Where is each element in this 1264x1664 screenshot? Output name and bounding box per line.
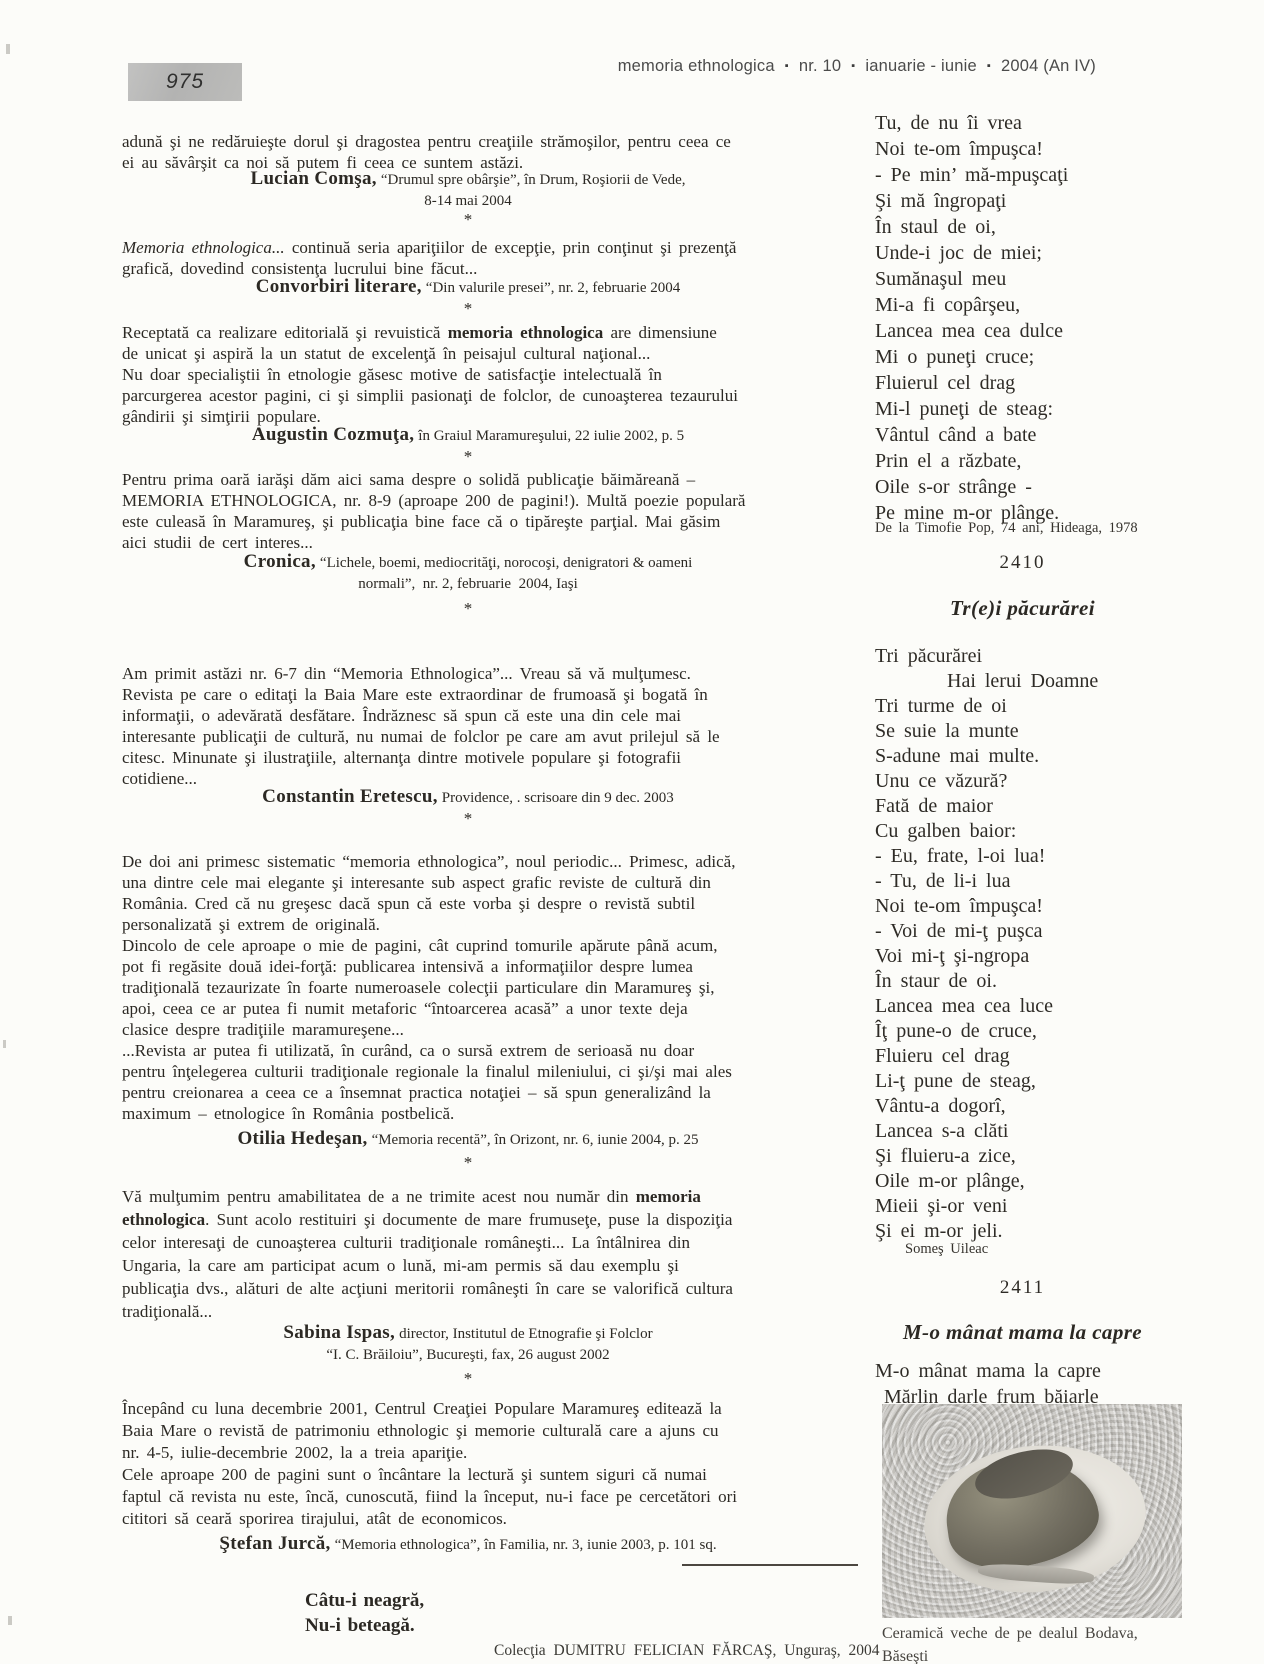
- source-reference: “Memoria recentă”, în Orizont, nr. 6, iu…: [372, 1132, 699, 1148]
- author-name: Augustin Cozmuţa,: [252, 424, 414, 445]
- attribution: Constantin Eretescu, Providence, . scris…: [122, 786, 814, 808]
- attribution: Augustin Cozmuţa, în Graiul Maramureşulu…: [122, 424, 814, 446]
- journal-page: 975 memoria ethnologica▪nr. 10▪ianuarie …: [0, 0, 1264, 1664]
- poem-2409-continuation: Tu, de nu îi vrea Noi te-om împuşca! - P…: [855, 110, 1190, 526]
- source-reference: “Drumul spre obârşie”, în Drum, Roşiorii…: [381, 172, 686, 188]
- attribution: Ştefan Jurcă, “Memoria ethnologica”, în …: [122, 1533, 814, 1555]
- attribution-line2: 8-14 mai 2004: [122, 192, 814, 210]
- review-paragraph: Pentru prima oară iarăşi dăm aici sama d…: [122, 470, 745, 552]
- author-name: Convorbiri literare,: [256, 276, 422, 297]
- review-paragraph: Vă mulţumim pentru amabilitatea de a ne …: [122, 1187, 636, 1206]
- author-name: Constantin Eretescu,: [262, 786, 438, 807]
- horizontal-rule: [682, 1564, 858, 1566]
- author-name: Otilia Hedeşan,: [237, 1128, 367, 1149]
- review-paragraph: Receptată ca realizare editorială şi rev…: [122, 323, 448, 342]
- source-reference: director, Institutul de Etnografie şi Fo…: [399, 1326, 653, 1342]
- author-name: Lucian Comşa,: [250, 168, 376, 189]
- scan-speck: [6, 44, 10, 54]
- source-reference: 8-14 mai 2004: [424, 193, 512, 209]
- review-paragraph: Începând cu luna decembrie 2001, Centrul…: [122, 1399, 737, 1528]
- poem-title-2410: Tr(e)i păcurărei: [855, 596, 1190, 621]
- star-separator: *: [122, 809, 814, 829]
- attribution: Sabina Ispas, director, Institutul de Et…: [122, 1322, 814, 1344]
- attribution: Otilia Hedeşan, “Memoria recentă”, în Or…: [122, 1128, 814, 1150]
- author-name: Cronica,: [244, 551, 316, 572]
- star-separator: *: [122, 447, 814, 467]
- review-paragraph: De doi ani primesc sistematic “memoria e…: [122, 852, 735, 1123]
- source-reference: în Graiul Maramureşului, 22 iulie 2002, …: [418, 428, 684, 444]
- author-name: Ştefan Jurcă,: [219, 1533, 330, 1554]
- attribution: Cronica, “Lichele, boemi, mediocrităţi, …: [122, 551, 814, 573]
- author-name: Sabina Ispas,: [283, 1322, 395, 1343]
- poem-title-2411: M-o mânat mama la capre: [855, 1320, 1190, 1345]
- review-text: Memoria ethnologica... continuă seria ap…: [122, 237, 814, 279]
- star-separator: *: [122, 299, 814, 319]
- entry-number-2411: 2411: [855, 1277, 1190, 1299]
- review-text: Începând cu luna decembrie 2001, Centrul…: [122, 1398, 814, 1530]
- journal-name-bold: memoria ethnologica: [448, 323, 604, 342]
- star-separator: *: [122, 1369, 814, 1389]
- source-reference: “Lichele, boemi, mediocrităţi, norocoşi,…: [320, 555, 692, 571]
- review-paragraph: . Sunt acolo restituiri şi documente de …: [122, 1210, 733, 1321]
- review-text: Am primit astăzi nr. 6-7 din “Memoria Et…: [122, 663, 814, 789]
- review-lead-italic: Memoria ethnologica...: [122, 238, 285, 257]
- source-reference: “I. C. Brăiloiu”, Bucureşti, fax, 26 aug…: [326, 1347, 609, 1363]
- collection-credit: Colecţia DUMITRU FELICIAN FĂRCAŞ, Ungura…: [494, 1642, 880, 1660]
- source-reference: “Memoria ethnologica”, în Familia, nr. 3…: [335, 1537, 717, 1553]
- scan-speck: [3, 1040, 6, 1048]
- review-text: Receptată ca realizare editorială şi rev…: [122, 322, 814, 427]
- attribution: Convorbiri literare, “Din valurile prese…: [122, 276, 814, 298]
- poems-column: Tu, de nu îi vrea Noi te-om împuşca! - P…: [855, 0, 1190, 1664]
- attribution-line2: “I. C. Brăiloiu”, Bucureşti, fax, 26 aug…: [122, 1346, 814, 1364]
- source-reference: Providence, . scrisoare din 9 dec. 2003: [442, 790, 674, 806]
- review-paragraph: Am primit astăzi nr. 6-7 din “Memoria Et…: [122, 664, 720, 788]
- closing-verse: Câtu-i neagră, Nu-i beteagă.: [305, 1588, 424, 1638]
- source-reference: “Din valurile presei”, nr. 2, februarie …: [426, 280, 681, 296]
- reviews-column: adună şi ne redăruieşte dorul şi dragost…: [122, 0, 814, 1664]
- review-paragraph: adună şi ne redăruieşte dorul şi dragost…: [122, 132, 731, 172]
- review-text: Pentru prima oară iarăşi dăm aici sama d…: [122, 469, 814, 553]
- review-text: Vă mulţumim pentru amabilitatea de a ne …: [122, 1185, 814, 1323]
- star-separator: *: [122, 210, 814, 230]
- scan-speck: [8, 1616, 12, 1625]
- attribution-line2: normali”, nr. 2, februarie 2004, Iaşi: [122, 575, 814, 593]
- star-separator: *: [122, 1153, 814, 1173]
- poem-source: Someş Uileac: [855, 1241, 1190, 1258]
- poem-2410: Tri păcurărei Hai lerui Doamne Tri turme…: [855, 644, 1190, 1244]
- ceramics-photo: [882, 1404, 1182, 1618]
- review-text: De doi ani primesc sistematic “memoria e…: [122, 851, 814, 1124]
- poem-source: De la Timofie Pop, 74 ani, Hideaga, 1978: [855, 520, 1190, 537]
- star-separator: *: [122, 599, 814, 619]
- source-reference: normali”, nr. 2, februarie 2004, Iaşi: [358, 576, 578, 592]
- poem-2411: M-o mânat mama la capre Mărlin darle fru…: [855, 1358, 1190, 1410]
- attribution: Lucian Comşa, “Drumul spre obârşie”, în …: [122, 168, 814, 190]
- entry-number-2410: 2410: [855, 552, 1190, 574]
- photo-caption: Ceramică veche de pe dealul Bodava, Băse…: [855, 1622, 1190, 1664]
- review-text: adună şi ne redăruieşte dorul şi dragost…: [122, 131, 814, 173]
